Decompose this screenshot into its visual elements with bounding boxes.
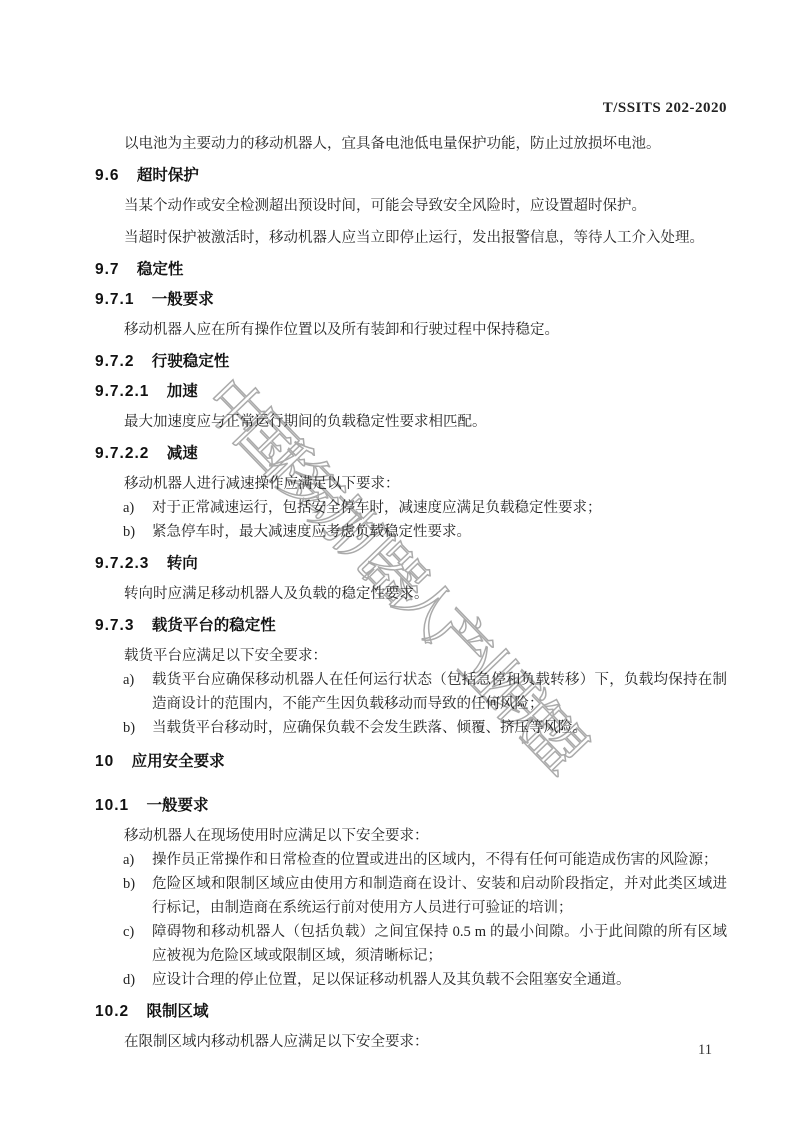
- paragraph: 当某个动作或安全检测超出预设时间，可能会导致安全风险时，应设置超时保护。: [95, 194, 727, 218]
- list-item-marker: c): [123, 920, 152, 968]
- list-item-marker: a): [123, 848, 152, 872]
- list-item-text: 当载货平台移动时，应确保负载不会发生跌落、倾覆、挤压等风险。: [152, 716, 727, 740]
- section-heading-9-7: 9.7 稳定性: [95, 260, 727, 280]
- section-heading-10-2: 10.2 限制区域: [95, 1002, 727, 1022]
- heading-number: 9.7.3: [95, 616, 134, 636]
- page-number: 11: [698, 1042, 712, 1059]
- heading-number: 10.1: [95, 796, 129, 816]
- list-item: b) 危险区域和限制区域应由使用方和制造商在设计、安装和启动阶段指定，并对此类区…: [95, 872, 727, 920]
- list-item-text: 应设计合理的停止位置，足以保证移动机器人及其负载不会阻塞安全通道。: [152, 968, 727, 992]
- heading-number: 9.7.2: [95, 352, 134, 372]
- list-item: a) 对于正常减速运行，包括安全停车时，减速度应满足负载稳定性要求；: [95, 496, 727, 520]
- list-item-marker: a): [123, 496, 152, 520]
- paragraph: 在限制区域内移动机器人应满足以下安全要求：: [95, 1030, 727, 1054]
- section-heading-10-1: 10.1 一般要求: [95, 796, 727, 816]
- section-heading-9-7-2-1: 9.7.2.1 加速: [95, 382, 727, 402]
- list-item-marker: b): [123, 716, 152, 740]
- paragraph: 移动机器人进行减速操作应满足以下要求：: [95, 472, 727, 496]
- heading-title: 限制区域: [146, 1003, 208, 1020]
- list-item-text: 危险区域和限制区域应由使用方和制造商在设计、安装和启动阶段指定，并对此类区域进行…: [152, 872, 727, 920]
- heading-number: 9.7.2.1: [95, 382, 149, 402]
- paragraph: 移动机器人在现场使用时应满足以下安全要求：: [95, 824, 727, 848]
- list-item-text: 载货平台应确保移动机器人在任何运行状态（包括急停和负载转移）下，负载均保持在制造…: [152, 668, 727, 716]
- list-item-text: 操作员正常操作和日常检查的位置或进出的区域内，不得有任何可能造成伤害的风险源；: [152, 848, 727, 872]
- heading-title: 载货平台的稳定性: [152, 617, 276, 634]
- heading-title: 应用安全要求: [132, 753, 225, 770]
- list-item-marker: b): [123, 520, 152, 544]
- heading-title: 稳定性: [137, 261, 184, 278]
- paragraph: 载货平台应满足以下安全要求：: [95, 644, 727, 668]
- section-heading-9-7-1: 9.7.1 一般要求: [95, 290, 727, 310]
- heading-title: 一般要求: [152, 291, 214, 308]
- list-item-text: 障碍物和移动机器人（包括负载）之间宜保持 0.5 m 的最小间隙。小于此间隙的所…: [152, 920, 727, 968]
- list-item-text: 紧急停车时，最大减速度应考虑负载稳定性要求。: [152, 520, 727, 544]
- page-content: T/SSITS 202-2020 以电池为主要动力的移动机器人，宜具备电池低电量…: [95, 98, 727, 1054]
- section-heading-9-7-2-2: 9.7.2.2 减速: [95, 444, 727, 464]
- paragraph: 最大加速度应与正常运行期间的负载稳定性要求相匹配。: [95, 410, 727, 434]
- list-item-marker: d): [123, 968, 152, 992]
- list-item: a) 载货平台应确保移动机器人在任何运行状态（包括急停和负载转移）下，负载均保持…: [95, 668, 727, 716]
- paragraph: 以电池为主要动力的移动机器人，宜具备电池低电量保护功能，防止过放损坏电池。: [95, 132, 727, 156]
- section-heading-9-7-2: 9.7.2 行驶稳定性: [95, 352, 727, 372]
- paragraph: 移动机器人应在所有操作位置以及所有装卸和行驶过程中保持稳定。: [95, 318, 727, 342]
- heading-title: 超时保护: [137, 167, 199, 184]
- list-item: d) 应设计合理的停止位置，足以保证移动机器人及其负载不会阻塞安全通道。: [95, 968, 727, 992]
- list-item: b) 当载货平台移动时，应确保负载不会发生跌落、倾覆、挤压等风险。: [95, 716, 727, 740]
- chapter-heading-10: 10 应用安全要求: [95, 752, 727, 772]
- ordered-list: a) 操作员正常操作和日常检查的位置或进出的区域内，不得有任何可能造成伤害的风险…: [95, 848, 727, 992]
- section-heading-9-7-3: 9.7.3 载货平台的稳定性: [95, 616, 727, 636]
- document-page: 中国移动机器人产业联盟 T/SSITS 202-2020 以电池为主要动力的移动…: [0, 0, 800, 1132]
- list-item: b) 紧急停车时，最大减速度应考虑负载稳定性要求。: [95, 520, 727, 544]
- list-item-text: 对于正常减速运行，包括安全停车时，减速度应满足负载稳定性要求；: [152, 496, 727, 520]
- heading-number: 9.6: [95, 166, 120, 186]
- ordered-list: a) 载货平台应确保移动机器人在任何运行状态（包括急停和负载转移）下，负载均保持…: [95, 668, 727, 740]
- ordered-list: a) 对于正常减速运行，包括安全停车时，减速度应满足负载稳定性要求； b) 紧急…: [95, 496, 727, 544]
- heading-title: 加速: [167, 383, 198, 400]
- paragraph: 当超时保护被激活时，移动机器人应当立即停止运行，发出报警信息，等待人工介入处理。: [95, 226, 727, 250]
- heading-number: 9.7.1: [95, 290, 134, 310]
- heading-number: 9.7.2.2: [95, 444, 149, 464]
- list-item: a) 操作员正常操作和日常检查的位置或进出的区域内，不得有任何可能造成伤害的风险…: [95, 848, 727, 872]
- list-item-marker: b): [123, 872, 152, 920]
- heading-number: 10.2: [95, 1002, 129, 1022]
- heading-title: 行驶稳定性: [152, 353, 230, 370]
- heading-number: 9.7.2.3: [95, 554, 149, 574]
- heading-title: 转向: [167, 555, 198, 572]
- list-item-marker: a): [123, 668, 152, 716]
- section-heading-9-7-2-3: 9.7.2.3 转向: [95, 554, 727, 574]
- list-item: c) 障碍物和移动机器人（包括负载）之间宜保持 0.5 m 的最小间隙。小于此间…: [95, 920, 727, 968]
- heading-number: 9.7: [95, 260, 120, 280]
- heading-title: 一般要求: [146, 797, 208, 814]
- paragraph: 转向时应满足移动机器人及负载的稳定性要求。: [95, 582, 727, 606]
- section-heading-9-6: 9.6 超时保护: [95, 166, 727, 186]
- standard-number-header: T/SSITS 202-2020: [95, 98, 727, 118]
- heading-number: 10: [95, 752, 114, 772]
- heading-title: 减速: [167, 445, 198, 462]
